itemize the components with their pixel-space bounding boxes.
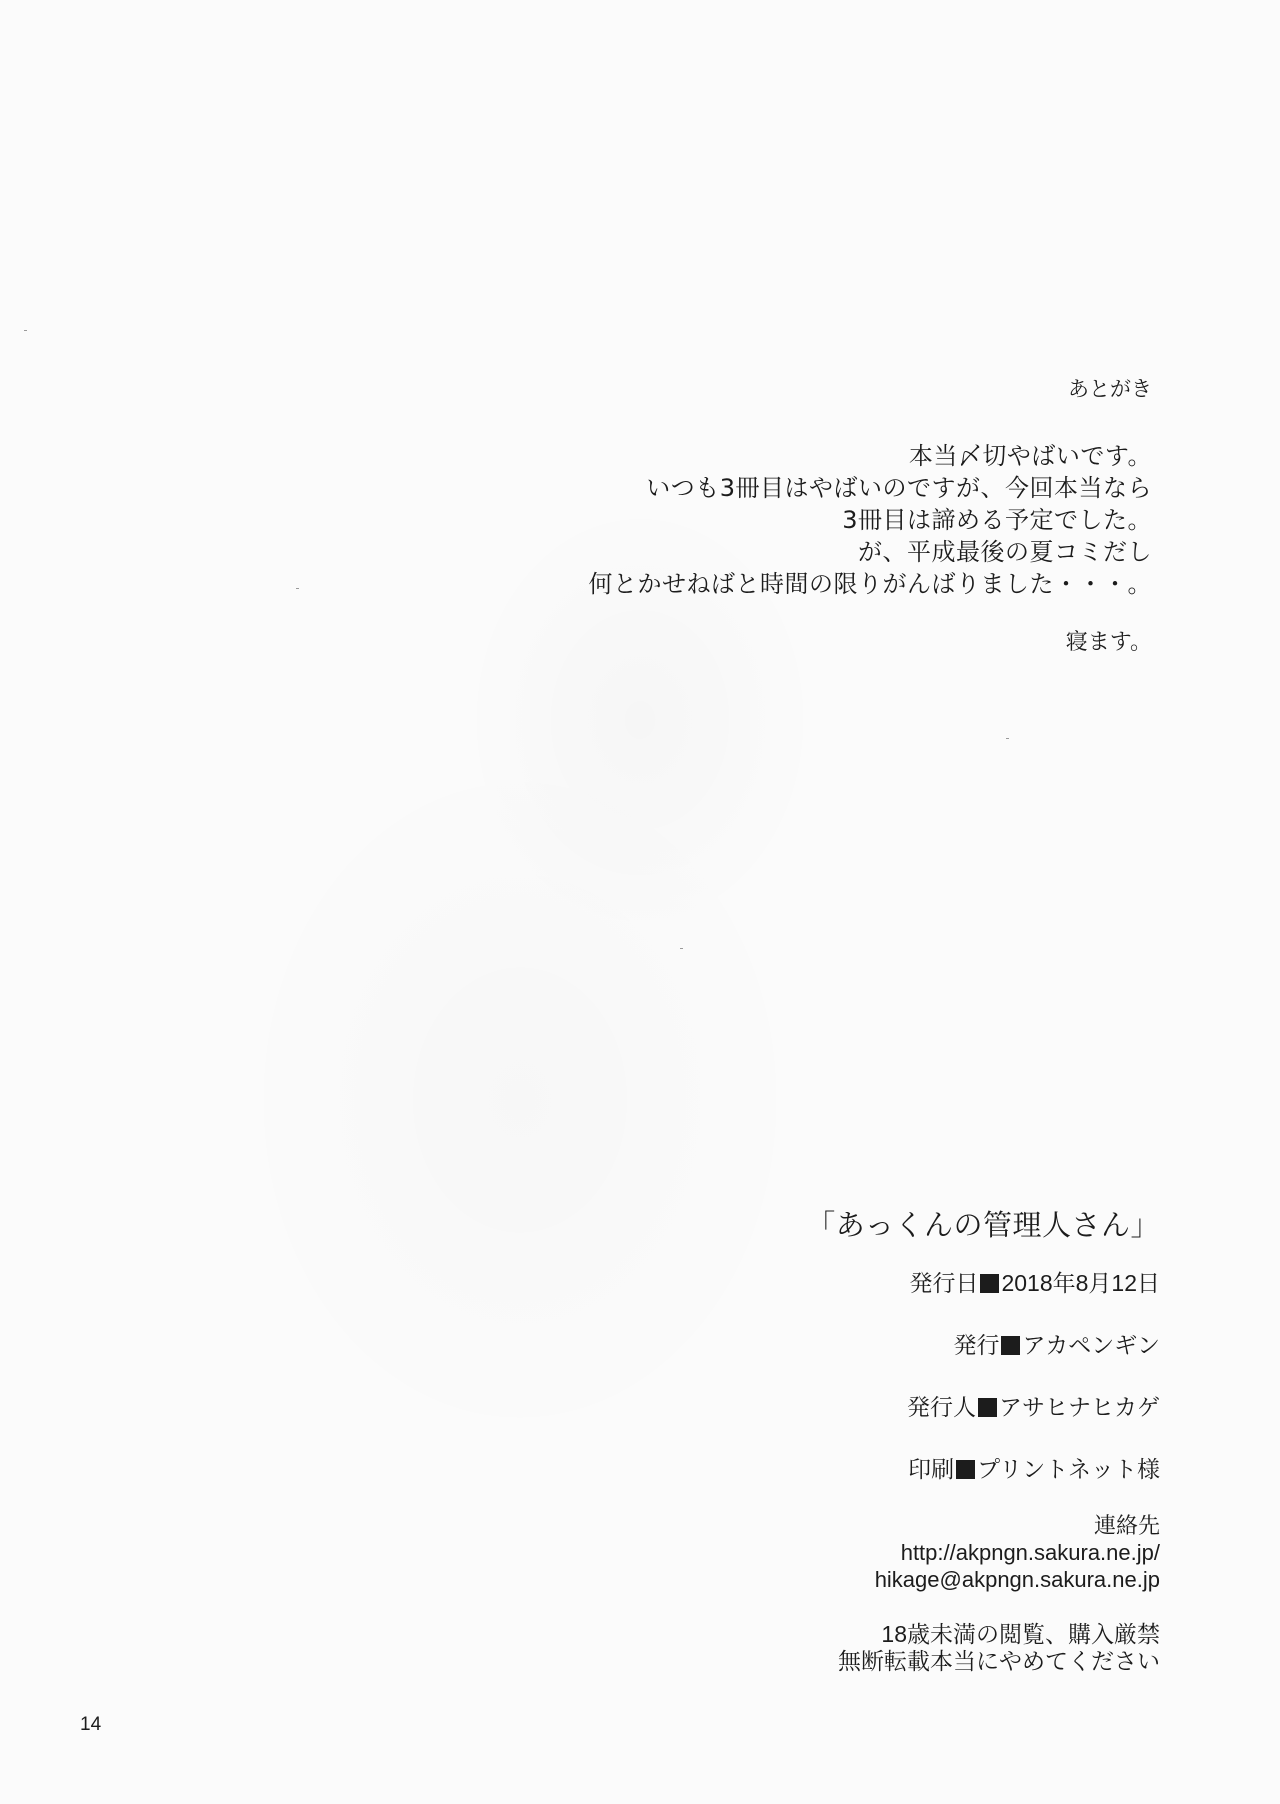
afterword-section: あとがき 本当〆切やばいです。 いつも3冊目はやばいのですが、今回本当なら 3冊… xyxy=(589,374,1153,658)
notice-block: 18歳未満の閲覧、購入厳禁 無断転載本当にやめてください xyxy=(806,1621,1160,1675)
afterword-line: 3冊目は諦める予定でした。 xyxy=(589,504,1153,536)
issuer-label: 発行人 xyxy=(907,1394,976,1420)
afterword-line: いつも3冊目はやばいのですが、今回本当なら xyxy=(589,472,1153,504)
publisher-value: アカペンギン xyxy=(1022,1332,1160,1358)
no-reprint-notice: 無断転載本当にやめてください xyxy=(806,1648,1160,1675)
scanned-page: あとがき 本当〆切やばいです。 いつも3冊目はやばいのですが、今回本当なら 3冊… xyxy=(0,0,1280,1804)
contact-block: 連絡先 http://akpngn.sakura.ne.jp/ hikage@a… xyxy=(806,1512,1160,1593)
afterword-heading: あとがき xyxy=(589,374,1153,404)
age-restriction-notice: 18歳未満の閲覧、購入厳禁 xyxy=(806,1621,1160,1648)
contact-email: hikage@akpngn.sakura.ne.jp xyxy=(806,1566,1160,1593)
publisher-label: 発行 xyxy=(953,1332,999,1358)
publish-date-row: 発行日2018年8月12日 xyxy=(806,1268,1160,1298)
scan-speck xyxy=(1006,738,1009,739)
publish-date-label: 発行日 xyxy=(909,1270,978,1296)
printer-label: 印刷 xyxy=(908,1456,954,1482)
book-title: 「あっくんの管理人さん」 xyxy=(806,1206,1160,1246)
scan-speck xyxy=(296,588,299,589)
square-bullet-icon xyxy=(1001,1336,1020,1355)
afterword-line: 何とかせねばと時間の限りがんばりました・・・。 xyxy=(589,568,1153,600)
page-number: 14 xyxy=(80,1714,101,1736)
colophon-section: 「あっくんの管理人さん」 発行日2018年8月12日 発行アカペンギン 発行人ア… xyxy=(806,1206,1160,1675)
afterword-line: 本当〆切やばいです。 xyxy=(589,440,1153,472)
scan-speck xyxy=(680,948,683,949)
square-bullet-icon xyxy=(980,1274,999,1293)
scan-speck xyxy=(24,330,27,331)
contact-url: http://akpngn.sakura.ne.jp/ xyxy=(806,1539,1160,1566)
contact-label: 連絡先 xyxy=(806,1512,1160,1539)
printer-row: 印刷プリントネット様 xyxy=(806,1454,1160,1484)
square-bullet-icon xyxy=(956,1460,975,1479)
printer-value: プリントネット様 xyxy=(977,1456,1160,1482)
publisher-row: 発行アカペンギン xyxy=(806,1330,1160,1360)
publish-date-value: 2018年8月12日 xyxy=(1001,1270,1160,1296)
issuer-value: アサヒナヒカゲ xyxy=(999,1394,1160,1420)
square-bullet-icon xyxy=(978,1398,997,1417)
afterword-closing: 寝ます。 xyxy=(589,628,1153,658)
issuer-row: 発行人アサヒナヒカゲ xyxy=(806,1392,1160,1422)
afterword-line: が、平成最後の夏コミだし xyxy=(589,536,1153,568)
